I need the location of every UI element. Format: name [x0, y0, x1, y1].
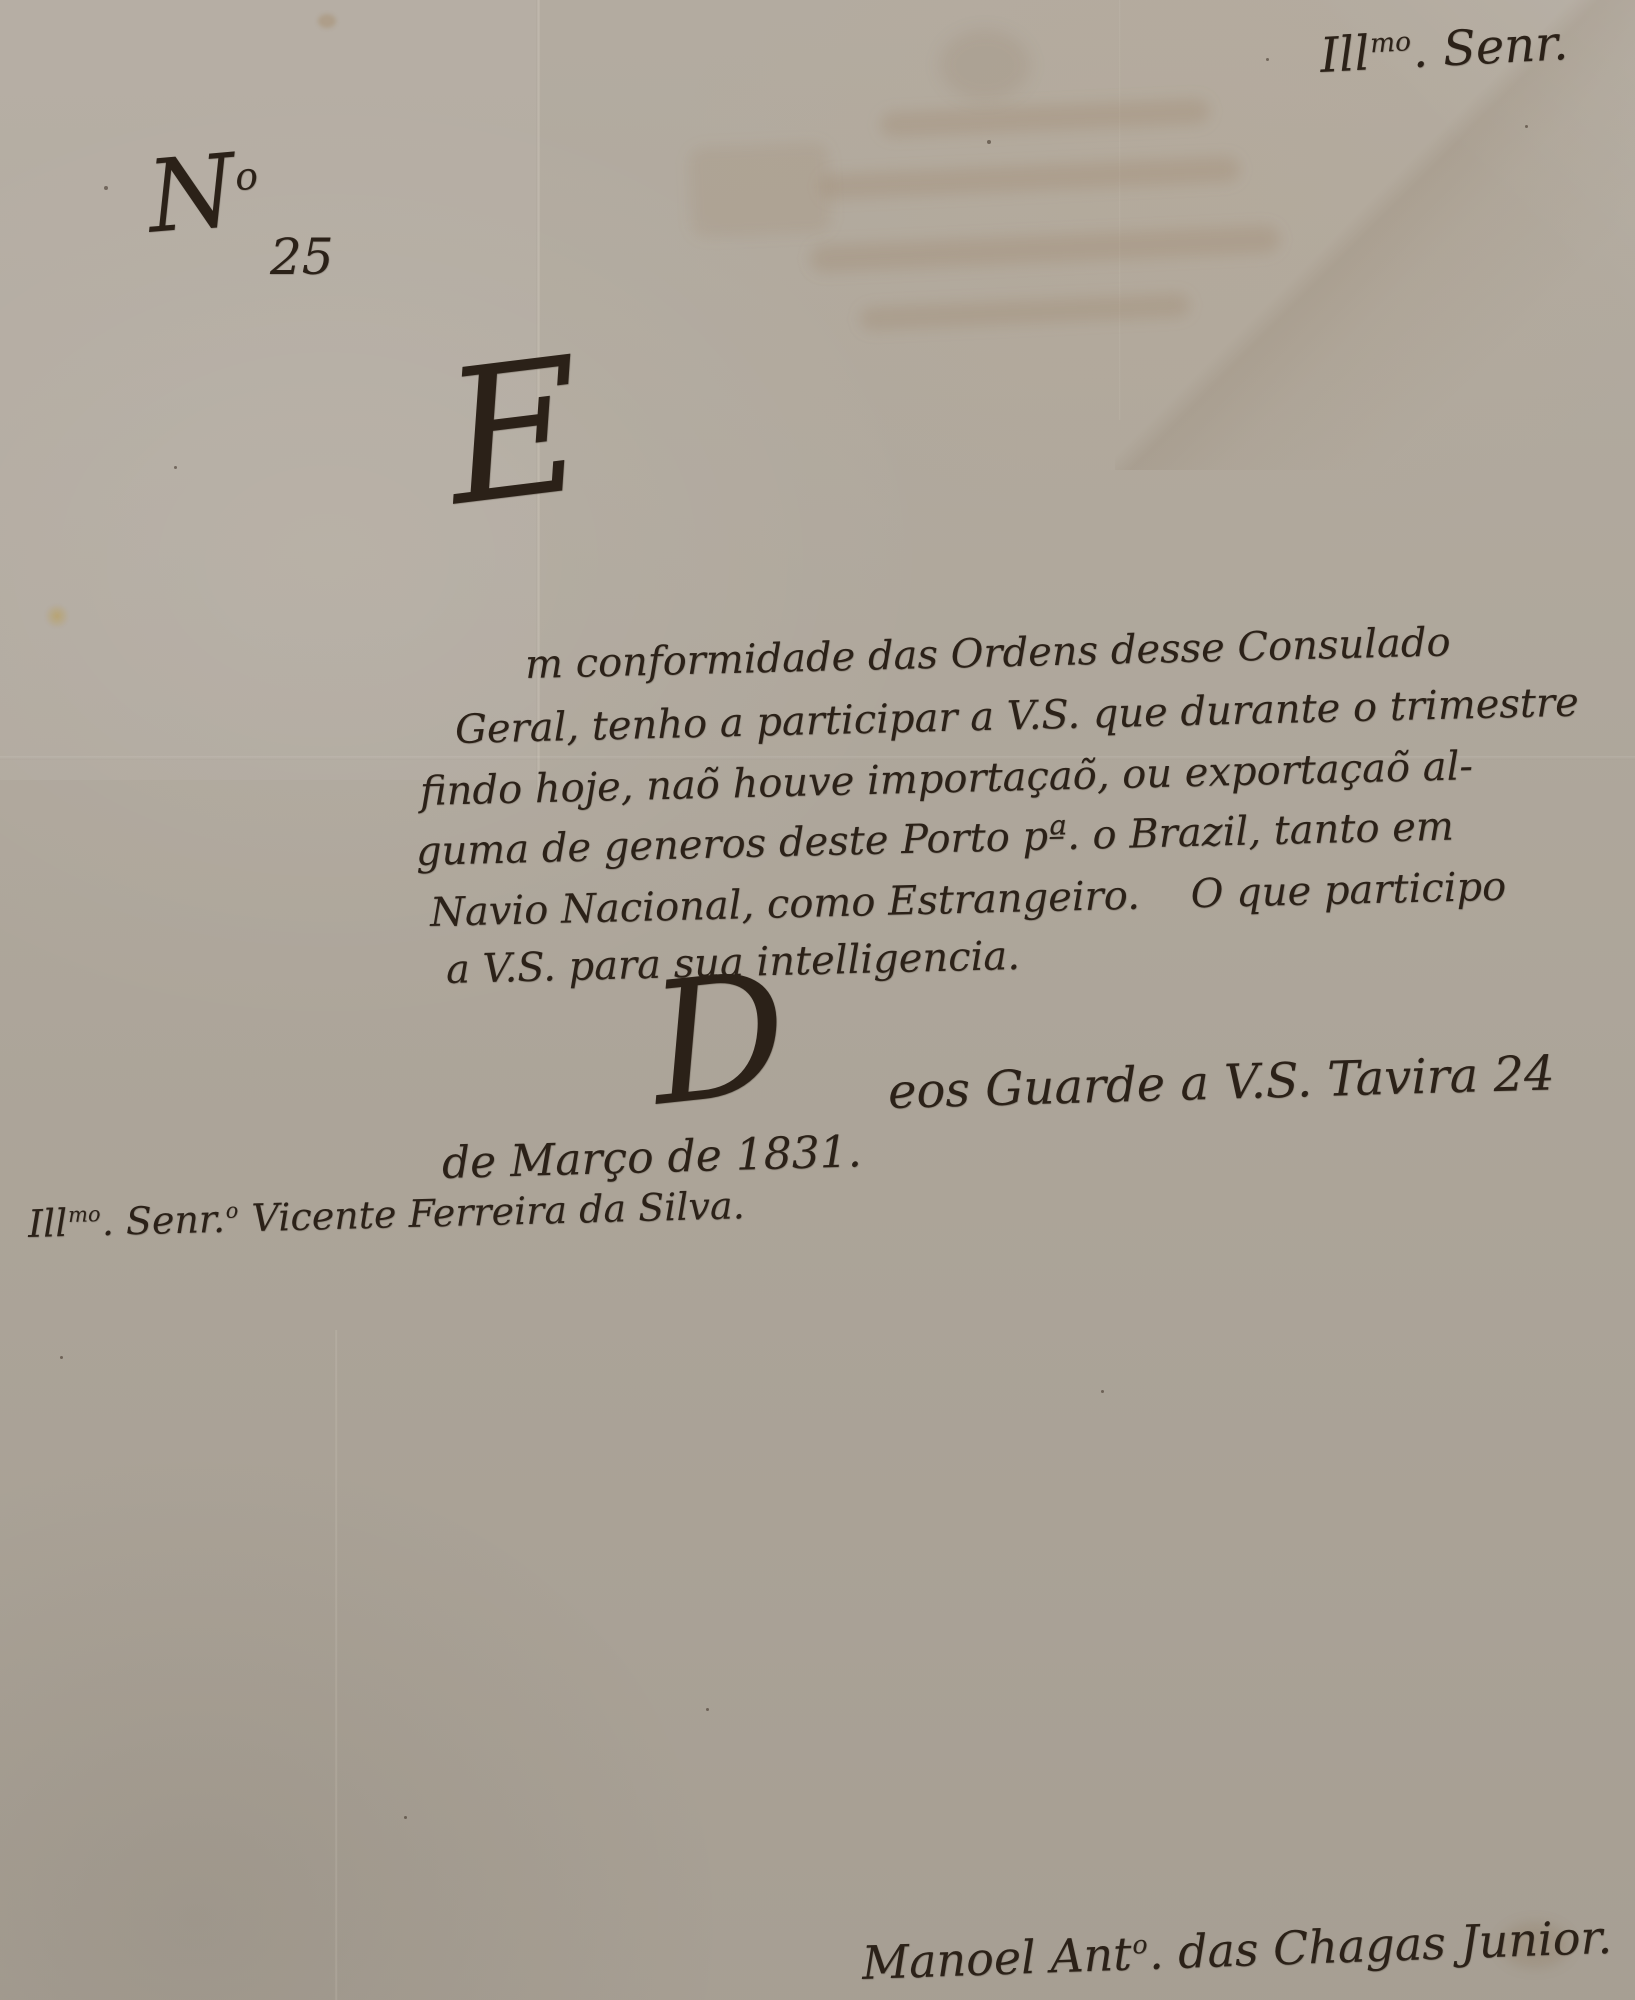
body-line-4: guma de generos deste Porto pª. o Brazil… [416, 807, 1455, 872]
show-through-smudge [860, 293, 1191, 331]
addressee-name: Vicente Ferreira da Silva. [239, 1183, 745, 1240]
show-through-smudge [820, 156, 1241, 200]
vertical-fold-crease-bottom [334, 1330, 338, 2000]
salutation: Illmo. Senr. [1319, 19, 1569, 80]
ink-speck [404, 1816, 407, 1819]
letter-page: Illmo. Senr. No 25 E m conformidade das … [0, 0, 1635, 2000]
closing-line: eos Guarde a V.S. Tavira 24 [887, 1049, 1555, 1116]
ink-speck [1101, 1390, 1104, 1393]
signature-name: Manoel Ant [861, 1927, 1132, 1990]
paper-stain [44, 604, 70, 628]
ink-speck [706, 1708, 709, 1711]
document-number-value: 25 [270, 232, 334, 282]
signature-line: Manoel Anto. das Chagas Junior. [861, 1914, 1612, 1986]
addressee-honorific: Ill [27, 1201, 67, 1246]
ink-speck [1266, 58, 1269, 61]
ink-speck [987, 140, 991, 144]
addressee-line: Illmo. Senr.o Vicente Ferreira da Silva. [28, 1186, 746, 1243]
addressee-superscript-2: o [225, 1199, 238, 1223]
addressee-honorific-rest: . Senr. [101, 1197, 225, 1244]
paper-stain [940, 30, 1030, 100]
body-line-1: m conformidade das Ordens desse Consulad… [525, 622, 1451, 685]
body-line-5: Navio Nacional, como Estrangeiro. O que … [430, 867, 1507, 933]
body-line-2: Geral, tenho a participar a V.S. que dur… [455, 683, 1580, 750]
ink-speck [60, 1356, 63, 1359]
show-through-smudge [688, 142, 832, 238]
ink-show-through [690, 85, 1350, 365]
salutation-prefix: Ill [1319, 25, 1372, 84]
initial-capital-D: D [643, 948, 795, 1129]
initial-capital-E: E [437, 332, 594, 532]
show-through-smudge [880, 98, 1211, 138]
addressee-superscript-1: mo [68, 1202, 101, 1227]
signature-name-rest: . das Chagas Junior. [1148, 1910, 1613, 1980]
ink-speck [1525, 125, 1528, 128]
show-through-smudge [810, 225, 1281, 273]
document-number-letter: No [144, 138, 265, 247]
ink-speck [174, 466, 177, 469]
signature-superscript: o [1132, 1930, 1148, 1960]
dateline: de Março de 1831. [441, 1130, 862, 1186]
number-letter: N [143, 132, 240, 256]
paper-stain [318, 14, 336, 28]
number-ordinal-superscript: o [233, 153, 260, 199]
salutation-superscript: mo [1369, 26, 1411, 59]
ink-speck [104, 186, 108, 190]
salutation-rest: . Senr. [1411, 15, 1569, 79]
